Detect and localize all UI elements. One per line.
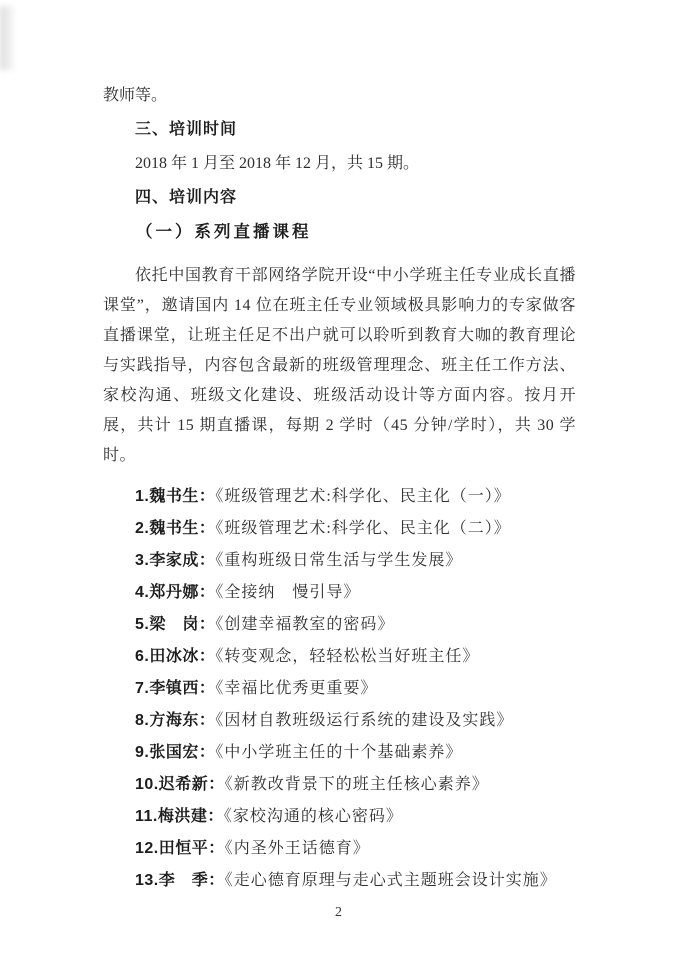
lecture-item: 3.李家成：《重构班级日常生活与学生发展》 <box>103 545 576 577</box>
lecturer-name: 5.梁 岗： <box>135 616 215 633</box>
lecturer-name: 3.李家成： <box>135 552 215 569</box>
subsection-heading-live-courses: （一）系列直播课程 <box>103 215 576 249</box>
lecture-title: 《因材自教班级运行系统的建设及实践》 <box>215 712 513 729</box>
lecture-title: 《幸福比优秀更重要》 <box>215 680 377 697</box>
lecture-list: 1.魏书生：《班级管理艺术:科学化、民主化（一）》 2.魏书生：《班级管理艺术:… <box>103 481 576 897</box>
lecturer-name: 6.田冰冰： <box>135 648 215 665</box>
lecturer-name: 8.方海东： <box>135 712 215 729</box>
section-heading-training-content: 四、培训内容 <box>103 181 576 215</box>
lecturer-name: 2.魏书生： <box>135 520 215 537</box>
lecture-title: 《内圣外王话德育》 <box>225 840 370 857</box>
lecture-item: 2.魏书生：《班级管理艺术:科学化、民主化（二）》 <box>103 513 576 545</box>
lecture-item: 7.李镇西：《幸福比优秀更重要》 <box>103 673 576 705</box>
lecture-title: 《班级管理艺术:科学化、民主化（一）》 <box>215 488 510 505</box>
lecture-item: 5.梁 岗：《创建幸福教室的密码》 <box>103 609 576 641</box>
lecturer-name: 11.梅洪建： <box>135 808 224 825</box>
page-number: 2 <box>335 905 342 920</box>
lecture-item: 9.张国宏：《中小学班主任的十个基础素养》 <box>103 737 576 769</box>
lecturer-name: 10.迟希新： <box>135 776 225 793</box>
scan-edge-artifact <box>0 6 16 70</box>
lecture-item: 4.郑丹娜：《全接纳 慢引导》 <box>103 577 576 609</box>
lecture-title: 《转变观念，轻轻松松当好班主任》 <box>215 648 479 665</box>
lecture-item: 11.梅洪建：《家校沟通的核心密码》 <box>103 801 576 833</box>
paragraph-intro-tail: 教师等。 <box>103 79 576 113</box>
training-time-text: 2018 年 1 月至 2018 年 12 月，共 15 期。 <box>103 147 576 181</box>
lecture-title: 《重构班级日常生活与学生发展》 <box>215 552 462 569</box>
lecturer-name: 7.李镇西： <box>135 680 215 697</box>
document-page: 教师等。 三、培训时间 2018 年 1 月至 2018 年 12 月，共 15… <box>0 0 677 957</box>
lecture-item: 6.田冰冰：《转变观念，轻轻松松当好班主任》 <box>103 641 576 673</box>
section-heading-training-time: 三、培训时间 <box>103 113 576 147</box>
lecture-title: 《走心德育原理与走心式主题班会设计实施》 <box>225 872 557 889</box>
page-footer: 2 <box>0 905 677 921</box>
lecturer-name: 12.田恒平： <box>135 840 225 857</box>
lecture-title: 《中小学班主任的十个基础素养》 <box>215 744 462 761</box>
lecture-title: 《创建幸福教室的密码》 <box>215 616 394 633</box>
lecture-title: 《新教改背景下的班主任核心素养》 <box>225 776 489 793</box>
lecturer-name: 13.李 季： <box>135 872 225 889</box>
lecture-item: 13.李 季：《走心德育原理与走心式主题班会设计实施》 <box>103 865 576 897</box>
lecturer-name: 1.魏书生： <box>135 488 215 505</box>
lecturer-name: 9.张国宏： <box>135 744 215 761</box>
lecture-item: 10.迟希新：《新教改背景下的班主任核心素养》 <box>103 769 576 801</box>
lecture-title: 《全接纳 慢引导》 <box>215 584 360 601</box>
lecture-item: 1.魏书生：《班级管理艺术:科学化、民主化（一）》 <box>103 481 576 513</box>
lecture-title: 《家校沟通的核心密码》 <box>224 808 403 825</box>
lecturer-name: 4.郑丹娜： <box>135 584 215 601</box>
lecture-item: 12.田恒平：《内圣外王话德育》 <box>103 833 576 865</box>
lecture-title: 《班级管理艺术:科学化、民主化（二）》 <box>215 520 510 537</box>
live-courses-description: 依托中国教育干部网络学院开设“中小学班主任专业成长直播课堂”，邀请国内 14 位… <box>103 261 576 471</box>
lecture-item: 8.方海东：《因材自教班级运行系统的建设及实践》 <box>103 705 576 737</box>
